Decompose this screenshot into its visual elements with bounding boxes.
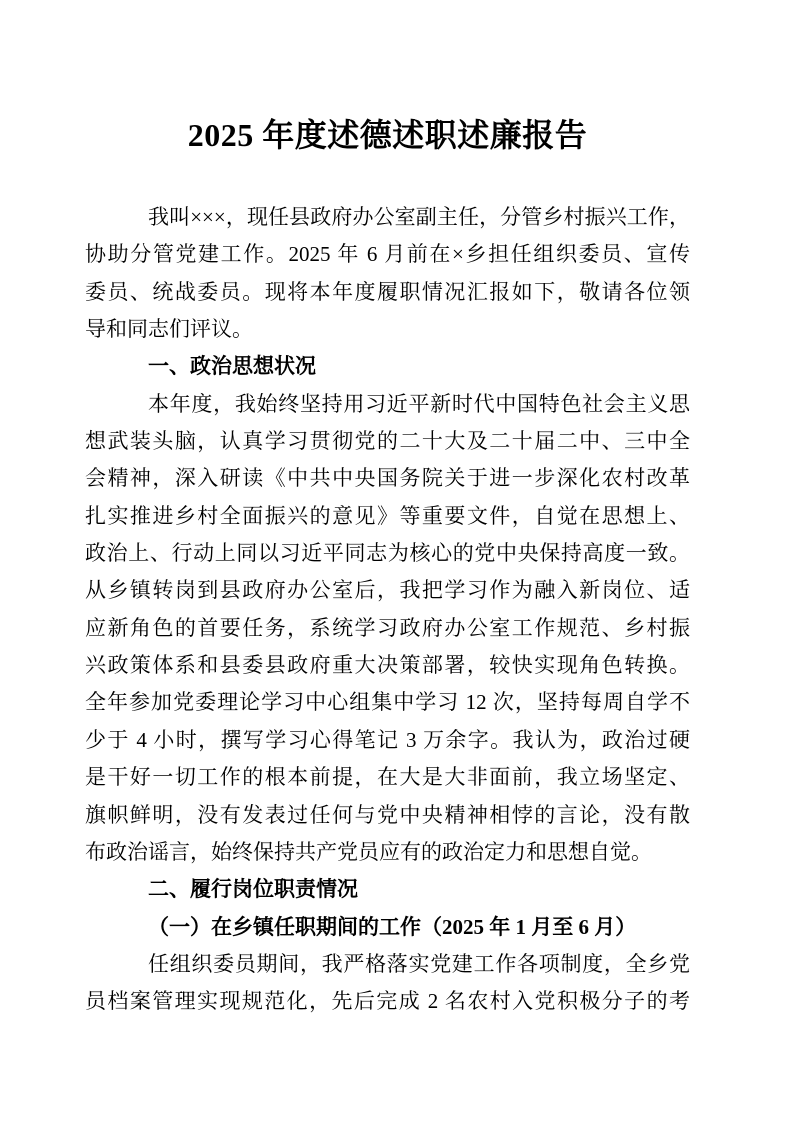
section-2-heading: 二、履行岗位职责情况 [85,871,690,908]
paragraph-line: 旗帜鲜明，没有发表过任何与党中央精神相悖的言论，没有散 [85,797,690,834]
paragraph-line: 布政治谣言，始终保持共产党员应有的政治定力和思想自觉。 [85,834,690,871]
paragraph-line: 应新角色的首要任务，系统学习政府办公室工作规范、乡村振 [85,610,690,647]
section-2-sub-heading: （一）在乡镇任职期间的工作（2025 年 1 月至 6 月） [85,909,690,946]
paragraph-line: 少于 4 小时，撰写学习心得笔记 3 万余字。我认为，政治过硬 [85,722,690,759]
paragraph-line: 政治上、行动上同以习近平同志为核心的党中央保持高度一致。 [85,535,690,572]
document-page: 2025 年度述德述职述廉报告 我叫×××，现任县政府办公室副主任，分管乡村振兴… [0,0,793,1122]
paragraph-line: 任组织委员期间，我严格落实党建工作各项制度，全乡党 [85,946,690,983]
intro-line: 我叫×××，现任县政府办公室副主任，分管乡村振兴工作， [85,199,690,236]
paragraph-line: 兴政策体系和县委县政府重大决策部署，较快实现角色转换。 [85,647,690,684]
paragraph-line: 从乡镇转岗到县政府办公室后，我把学习作为融入新岗位、适 [85,572,690,609]
paragraph-line: 想武装头脑，认真学习贯彻党的二十大及二十届二中、三中全 [85,423,690,460]
paragraph-line: 会精神，深入研读《中共中央国务院关于进一步深化农村改革 [85,460,690,497]
document-body: 我叫×××，现任县政府办公室副主任，分管乡村振兴工作， 协助分管党建工作。202… [85,199,690,1021]
intro-line: 导和同志们评议。 [85,311,690,348]
paragraph-line: 员档案管理实现规范化，先后完成 2 名农村入党积极分子的考 [85,983,690,1020]
paragraph-line: 是干好一切工作的根本前提，在大是大非面前，我立场坚定、 [85,759,690,796]
paragraph-line: 全年参加党委理论学习中心组集中学习 12 次，坚持每周自学不 [85,684,690,721]
document-title: 2025 年度述德述职述廉报告 [85,112,690,158]
paragraph-line: 本年度，我始终坚持用习近平新时代中国特色社会主义思 [85,386,690,423]
intro-line: 协助分管党建工作。2025 年 6 月前在×乡担任组织委员、宣传 [85,236,690,273]
intro-line: 委员、统战委员。现将本年度履职情况汇报如下，敬请各位领 [85,274,690,311]
section-1-heading: 一、政治思想状况 [85,348,690,385]
paragraph-line: 扎实推进乡村全面振兴的意见》等重要文件，自觉在思想上、 [85,498,690,535]
